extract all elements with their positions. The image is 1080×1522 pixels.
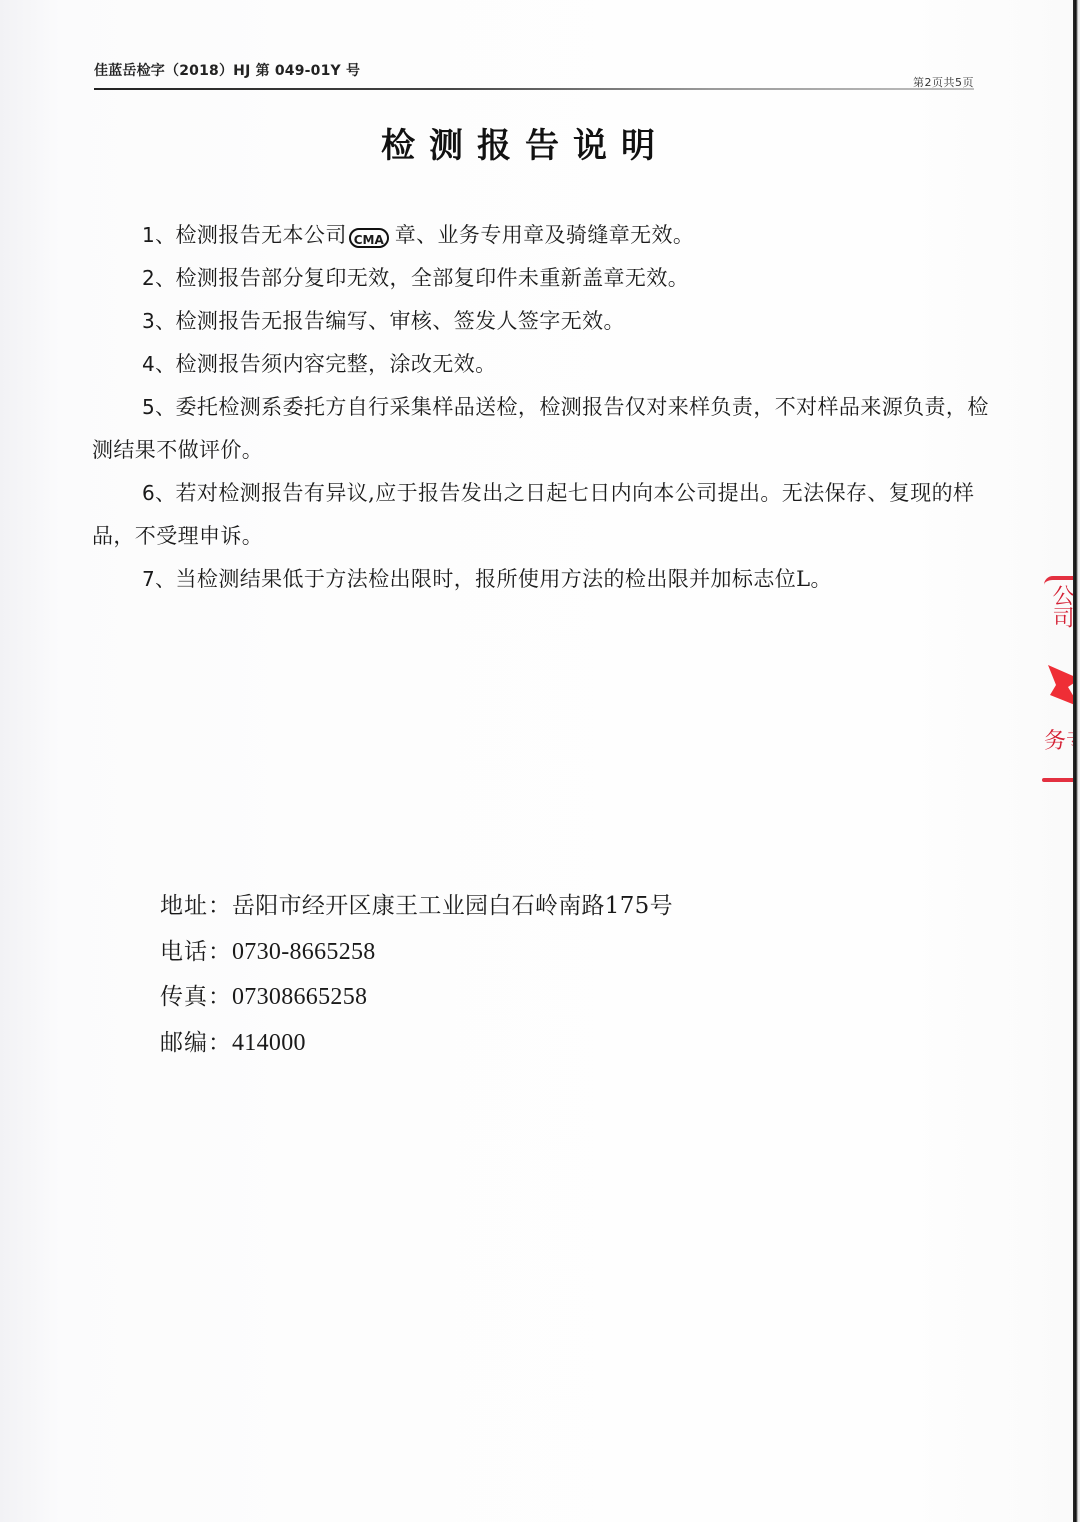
- fax-row: 传真：07308665258: [160, 975, 673, 1021]
- address-label: 地址：: [160, 893, 232, 919]
- note-text: 章、业务专用章及骑缝章无效。: [395, 223, 695, 247]
- note-number: 3、: [142, 309, 176, 333]
- note-item-5: 5、委托检测系委托方自行采集样品送检，检测报告仅对来样负责，不对样品来源负责，检…: [92, 386, 1004, 472]
- note-number: 4、: [142, 352, 176, 376]
- address-value: 岳阳市经开区康王工业园白石岭南路175号: [232, 893, 673, 919]
- postcode-value: 414000: [232, 1030, 306, 1056]
- note-text: 检测报告无报告编写、审核、签发人签字无效。: [176, 309, 625, 333]
- note-text: 当检测结果低于方法检出限时，报所使用方法的检出限并加标志位L。: [176, 567, 832, 591]
- contact-info: 地址：岳阳市经开区康王工业园白石岭南路175号 电话：0730-8665258 …: [160, 884, 673, 1066]
- postcode-row: 邮编：414000: [160, 1021, 673, 1067]
- page-edge-shadow: [1073, 0, 1080, 1522]
- note-item-1: 1、检测报告无本公司CMA章、业务专用章及骑缝章无效。: [92, 214, 1004, 257]
- note-text: 检测报告部分复印无效，全部复印件未重新盖章无效。: [176, 266, 690, 290]
- note-number: 5、: [142, 395, 176, 419]
- note-item-3: 3、检测报告无报告编写、审核、签发人签字无效。: [92, 300, 1004, 343]
- phone-label: 电话：: [160, 939, 232, 965]
- phone-row: 电话：0730-8665258: [160, 930, 673, 976]
- note-number: 1、: [142, 223, 176, 247]
- note-number: 2、: [142, 266, 176, 290]
- note-item-2: 2、检测报告部分复印无效，全部复印件未重新盖章无效。: [92, 257, 1004, 300]
- fax-value: 07308665258: [232, 984, 367, 1010]
- page-title: 检测报告说明: [0, 118, 1050, 167]
- postcode-label: 邮编：: [160, 1030, 232, 1056]
- address-row: 地址：岳阳市经开区康王工业园白石岭南路175号: [160, 884, 673, 930]
- note-text: 检测报告须内容完整，涂改无效。: [176, 352, 497, 376]
- note-text: 检测报告无本公司: [176, 223, 347, 247]
- note-item-7: 7、当检测结果低于方法检出限时，报所使用方法的检出限并加标志位L。: [92, 558, 1004, 601]
- page-header: 佳蓝岳检字（2018）HJ 第 049-01Y 号 第2页共5页: [94, 58, 974, 88]
- header-divider: [94, 88, 974, 90]
- note-text: 委托检测系委托方自行采集样品送检，检测报告仅对来样负责，不对样品来源负责，检测结…: [92, 395, 989, 462]
- fax-label: 传真：: [160, 984, 232, 1010]
- notes-list: 1、检测报告无本公司CMA章、业务专用章及骑缝章无效。 2、检测报告部分复印无效…: [92, 214, 1004, 601]
- document-page: 佳蓝岳检字（2018）HJ 第 049-01Y 号 第2页共5页 检测报告说明 …: [0, 0, 1074, 1522]
- phone-value: 0730-8665258: [232, 939, 376, 965]
- cma-seal-icon: CMA: [349, 228, 389, 248]
- note-number: 6、: [142, 481, 176, 505]
- note-item-4: 4、检测报告须内容完整，涂改无效。: [92, 343, 1004, 386]
- note-text: 若对检测报告有异议,应于报告发出之日起七日内向本公司提出。无法保存、复现的样品，…: [92, 481, 974, 548]
- note-number: 7、: [142, 567, 176, 591]
- report-number: 佳蓝岳检字（2018）HJ 第 049-01Y 号: [94, 60, 360, 80]
- note-item-6: 6、若对检测报告有异议,应于报告发出之日起七日内向本公司提出。无法保存、复现的样…: [92, 472, 1004, 558]
